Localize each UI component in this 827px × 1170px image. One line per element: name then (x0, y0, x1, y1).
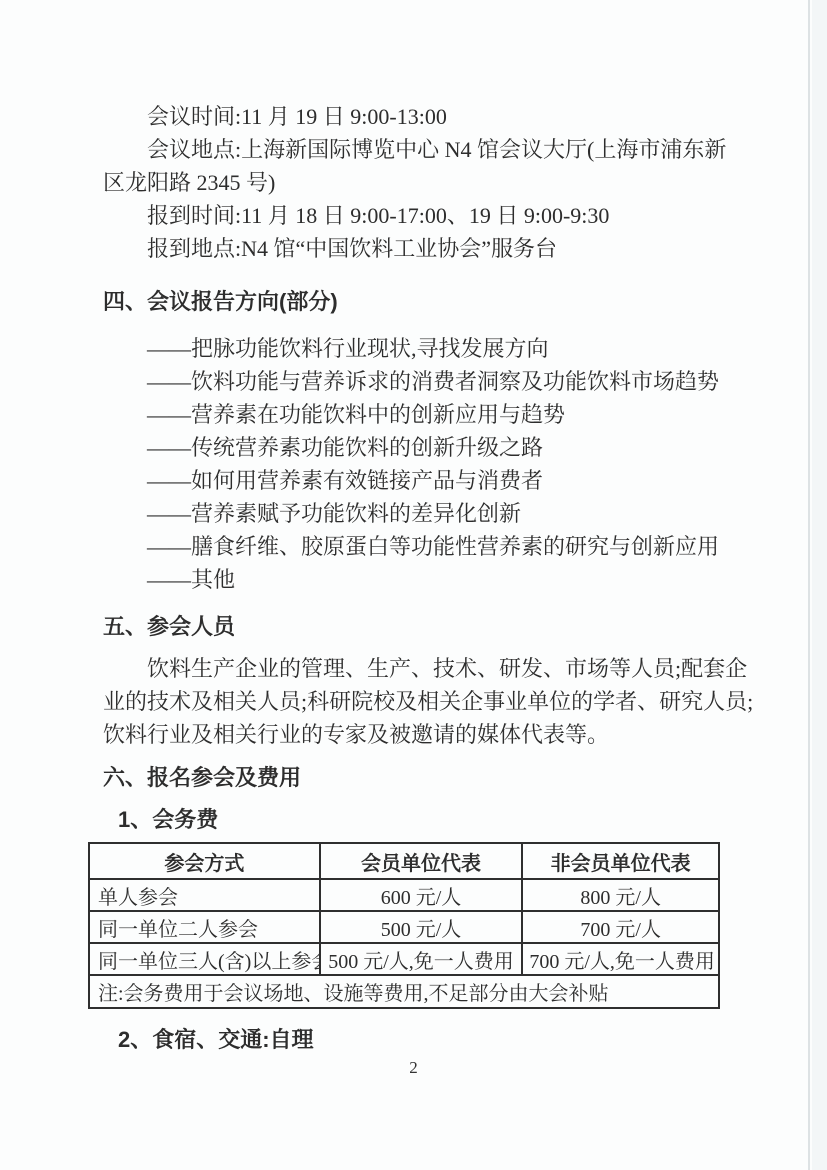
checkin-venue-line: 报到地点:N4 馆“中国饮料工业协会”服务台 (103, 232, 725, 265)
fee-table-row: 单人参会 600 元/人 800 元/人 (89, 879, 719, 911)
fee-table-header-row: 参会方式 会员单位代表 非会员单位代表 (89, 843, 719, 879)
fee-cell-member: 600 元/人 (320, 879, 523, 911)
report-direction-item: ——其他 (103, 563, 725, 596)
meeting-venue-line: 会议地点:上海新国际博览中心 N4 馆会议大厅(上海市浦东新 (103, 133, 725, 166)
report-direction-item: ——如何用营养素有效链接产品与消费者 (103, 464, 725, 497)
fee-cell-nonmember: 800 元/人 (522, 879, 719, 911)
fee-cell-nonmember: 700 元/人 (522, 911, 719, 943)
section5-title: 五、参会人员 (103, 611, 725, 643)
meeting-info-block: 会议时间:11 月 19 日 9:00-13:00 会议地点:上海新国际博览中心… (103, 100, 725, 265)
report-direction-item: ——营养素赋予功能饮料的差异化创新 (103, 497, 725, 530)
fee-table-row: 同一单位二人参会 500 元/人 700 元/人 (89, 911, 719, 943)
fee-table-header-nonmember: 非会员单位代表 (522, 843, 719, 879)
page-edge-line (808, 0, 810, 1170)
fee-table: 参会方式 会员单位代表 非会员单位代表 单人参会 600 元/人 800 元/人… (88, 842, 720, 1009)
fee-cell-nonmember: 700 元/人,免一人费用 (522, 943, 719, 975)
attendees-paragraph: 饮料生产企业的管理、生产、技术、研发、市场等人员;配套企 业的技术及相关人员;科… (103, 652, 725, 751)
fee-table-body: 单人参会 600 元/人 800 元/人 同一单位二人参会 500 元/人 70… (89, 879, 719, 975)
attendees-line-1: 饮料生产企业的管理、生产、技术、研发、市场等人员;配套企 (103, 652, 725, 685)
fee-table-note-row: 注:会务费用于会议场地、设施等费用,不足部分由大会补贴 (89, 975, 719, 1008)
page-edge-area (812, 0, 827, 1170)
fee-subsection-title: 1、会务费 (103, 804, 725, 836)
report-direction-list: ——把脉功能饮料行业现状,寻找发展方向 ——饮料功能与营养诉求的消费者洞察及功能… (103, 332, 725, 596)
document-page: 会议时间:11 月 19 日 9:00-13:00 会议地点:上海新国际博览中心… (0, 0, 827, 1170)
section4-title: 四、会议报告方向(部分) (103, 286, 725, 318)
attendees-line-2: 业的技术及相关人员;科研院校及相关企事业单位的学者、研究人员; (103, 685, 725, 718)
section6-title: 六、报名参会及费用 (103, 762, 725, 794)
report-direction-item: ——饮料功能与营养诉求的消费者洞察及功能饮料市场趋势 (103, 365, 725, 398)
report-direction-item: ——膳食纤维、胶原蛋白等功能性营养素的研究与创新应用 (103, 530, 725, 563)
fee-table-row: 同一单位三人(含)以上参会 500 元/人,免一人费用 700 元/人,免一人费… (89, 943, 719, 975)
fee-table-header-mode: 参会方式 (89, 843, 320, 879)
fee-cell-mode: 同一单位三人(含)以上参会 (89, 943, 320, 975)
report-direction-item: ——营养素在功能饮料中的创新应用与趋势 (103, 398, 725, 431)
fee-cell-mode: 单人参会 (89, 879, 320, 911)
fee-cell-member: 500 元/人 (320, 911, 523, 943)
checkin-time-line: 报到时间:11 月 18 日 9:00-17:00、19 日 9:00-9:30 (103, 199, 725, 232)
report-direction-item: ——传统营养素功能饮料的创新升级之路 (103, 431, 725, 464)
page-number: 2 (0, 1058, 827, 1078)
fee-table-note: 注:会务费用于会议场地、设施等费用,不足部分由大会补贴 (89, 975, 719, 1008)
meeting-time-line: 会议时间:11 月 19 日 9:00-13:00 (103, 100, 725, 133)
fee-cell-member: 500 元/人,免一人费用 (320, 943, 523, 975)
report-direction-item: ——把脉功能饮料行业现状,寻找发展方向 (103, 332, 725, 365)
attendees-line-3: 饮料行业及相关行业的专家及被邀请的媒体代表等。 (103, 718, 725, 751)
fee-cell-mode: 同一单位二人参会 (89, 911, 320, 943)
fee-table-header-member: 会员单位代表 (320, 843, 523, 879)
document-content: 会议时间:11 月 19 日 9:00-13:00 会议地点:上海新国际博览中心… (103, 100, 725, 1056)
lodging-subsection-title: 2、食宿、交通:自理 (103, 1024, 725, 1056)
meeting-venue-line-2: 区龙阳路 2345 号) (103, 166, 725, 199)
